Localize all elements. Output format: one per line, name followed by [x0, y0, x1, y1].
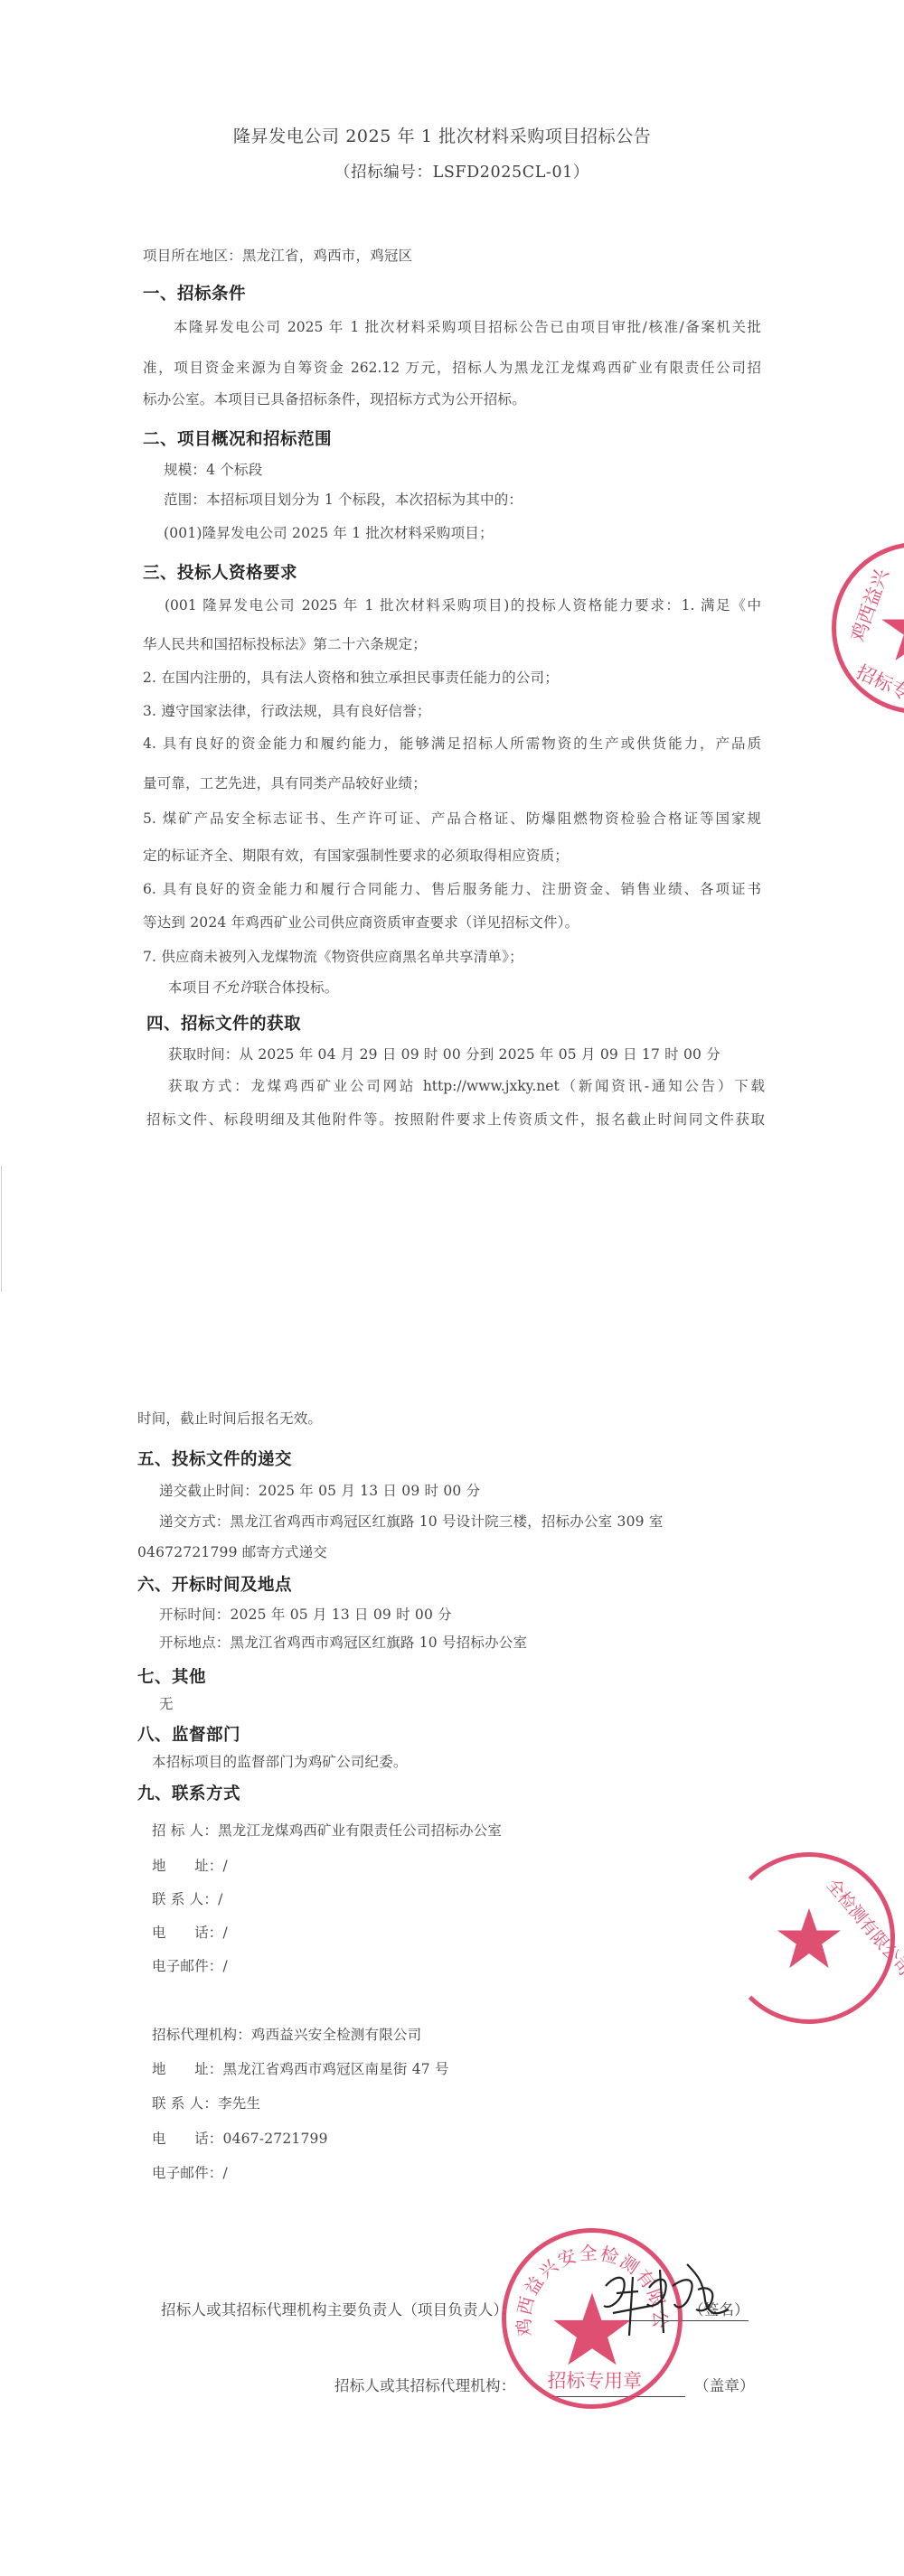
- agency-phone: 电 话：0467-2721799: [152, 2130, 328, 2148]
- tenderer-address: 地 址：/: [152, 1857, 228, 1875]
- company-stamp-edge-lower: 全检测有限公司: [723, 1852, 895, 2024]
- field-value: 0467-2721799: [223, 2131, 328, 2147]
- field-value: 李先生: [218, 2095, 260, 2112]
- consortium-line: 本项目不允许联合体投标。: [168, 979, 338, 997]
- svg-text:招标专: 招标专: [853, 660, 904, 704]
- org-seal-label: 招标人或其招标代理机构：: [334, 2377, 515, 2395]
- tenderer-name: 招 标 人：黑龙江龙煤鸡西矿业有限责任公司招标办公室: [152, 1822, 502, 1840]
- field-label: 联 系 人：: [152, 1891, 218, 1907]
- field-label: 电 话：: [152, 2131, 223, 2147]
- seal-suffix: （盖章）: [694, 2377, 755, 2395]
- scope-line: 范围：本招标项目划分为 1 个标段，本次招标为其中的：: [164, 491, 523, 509]
- tenderer-email: 电子邮件：/: [152, 1957, 228, 1975]
- field-value: /: [218, 1891, 222, 1907]
- qualification-line: 华人民共和国招标投标法》第二十六条规定；: [143, 635, 427, 653]
- field-value: 鸡西益兴安全检测有限公司: [251, 2027, 421, 2043]
- qualification-line: 等达到 2024 年鸡西矿业公司供应商资质审查要求（详见招标文件）。: [143, 913, 579, 932]
- section-3-heading: 三、投标人资格要求: [143, 560, 297, 584]
- qualification-line: 7. 供应商未被列入龙煤物流《物资供应商黑名单共享清单》；: [143, 948, 523, 966]
- svg-text:招标专用章: 招标专用章: [548, 2370, 642, 2392]
- stamp-icon: 鸡西益兴 招标专: [836, 547, 904, 709]
- field-value: /: [223, 1958, 228, 1974]
- svg-text:鸡西益兴: 鸡西益兴: [847, 567, 893, 645]
- svg-text:全检测有限公司: 全检测有限公司: [823, 1875, 904, 1980]
- field-value: 黑龙江龙煤鸡西矿业有限责任公司招标办公室: [218, 1822, 502, 1839]
- submission-method: 04672721799 邮寄方式递交: [137, 1543, 327, 1561]
- section-2-heading: 二、项目概况和招标范围: [143, 426, 332, 450]
- acquisition-method: 时间，截止时间后报名无效。: [137, 1410, 322, 1428]
- field-label: 地 址：: [152, 2061, 223, 2077]
- field-label: 联 系 人：: [152, 2095, 218, 2112]
- submission-deadline: 递交截止时间：2025 年 05 月 13 日 09 时 00 分: [159, 1482, 480, 1500]
- section-6-heading: 六、开标时间及地点: [137, 1572, 292, 1596]
- company-stamp-edge: 鸡西益兴 招标专: [832, 542, 904, 714]
- acquisition-method: 获取方式：龙煤鸡西矿业公司网站 http://www.jxky.net（新闻资讯…: [168, 1077, 765, 1095]
- section-7-heading: 七、其他: [137, 1664, 206, 1688]
- acquisition-method: 招标文件、标段明细及其他附件等。按照附件要求上传资质文件，报名截止时间同文件获取: [146, 1110, 765, 1129]
- qualification-line: 4. 具有良好的资金能力和履约能力，能够满足招标人所需物资的生产或供货能力，产品…: [143, 735, 761, 753]
- field-value: 黑龙江省鸡西市鸡冠区南星街 47 号: [223, 2061, 449, 2077]
- qualification-line: 定的标证齐全、期限有效，有国家强制性要求的必须取得相应资质；: [143, 847, 569, 865]
- field-label: 电子邮件：: [152, 1958, 223, 1974]
- qualification-line: 5. 煤矿产品安全标志证书、生产许可证、产品合格证、防爆阻燃物资检验合格证等国家…: [143, 810, 761, 828]
- stamp-icon: 全检测有限公司: [728, 1857, 890, 2019]
- document-page: 隆昇发电公司 2025 年 1 批次材料采购项目招标公告 （招标编号：LSFD2…: [0, 0, 904, 2576]
- field-label: 招 标 人：: [152, 1822, 218, 1839]
- field-value: /: [223, 1925, 228, 1941]
- qualification-line: (001 隆昇发电公司 2025 年 1 批次材料采购项目)的投标人资格能力要求…: [165, 596, 761, 614]
- tenderer-phone: 电 话：/: [152, 1924, 228, 1942]
- field-label: 地 址：: [152, 1858, 223, 1874]
- agency-contact: 联 系 人：李先生: [152, 2094, 260, 2112]
- tenderer-contact: 联 系 人：/: [152, 1890, 223, 1908]
- section-5-heading: 五、投标文件的递交: [137, 1447, 292, 1470]
- section-1-line: 标办公室。本项目已具备招标条件，现招标方式为公开招标。: [143, 390, 526, 408]
- consortium-prefix: 本项目: [168, 979, 211, 996]
- supervision-body: 本招标项目的监督部门为鸡矿公司纪委。: [152, 1753, 408, 1771]
- project-region: 项目所在地区：黑龙江省，鸡西市，鸡冠区: [143, 247, 412, 265]
- field-label: 招标代理机构：: [152, 2027, 251, 2043]
- section-1-heading: 一、招标条件: [143, 281, 246, 304]
- other-body: 无: [159, 1695, 174, 1713]
- qualification-line: 2. 在国内注册的，具有法人资格和独立承担民事责任能力的公司；: [143, 669, 559, 687]
- opening-time: 开标时间：2025 年 05 月 13 日 09 时 00 分: [159, 1606, 452, 1624]
- submission-method: 递交方式：黑龙江省鸡西市鸡冠区红旗路 10 号设计院三楼，招标办公室 309 室: [159, 1513, 664, 1531]
- section-8-heading: 八、监督部门: [137, 1722, 240, 1746]
- responsible-signature-label: 招标人或其招标代理机构主要负责人（项目负责人）：: [161, 2301, 516, 2319]
- scale-line: 规模：4 个标段: [164, 461, 262, 479]
- consortium-emphasis: 不允许: [211, 979, 253, 996]
- section-4-heading: 四、招标文件的获取: [146, 1011, 301, 1035]
- qualification-line: 6. 具有良好的资金能力和履行合同能力、售后服务能力、注册资金、销售业绩、各项证…: [143, 880, 761, 898]
- qualification-line: 量可靠，工艺先进，具有同类产品较好业绩；: [143, 774, 427, 792]
- section-1-line: 准，项目资金来源为自筹资金 262.12 万元，招标人为黑龙江龙煤鸡西矿业有限责…: [143, 359, 761, 377]
- scan-edge-line: [1, 1166, 2, 1292]
- qualification-line: 3. 遵守国家法律，行政法规，具有良好信誉；: [143, 702, 431, 720]
- section-1-line: 本隆昇发电公司 2025 年 1 批次材料采购项目招标公告已由项目审批/核准/备…: [174, 318, 761, 336]
- bid-number: （招标编号：LSFD2025CL-01）: [334, 164, 589, 182]
- acquisition-time: 获取时间：从 2025 年 04 月 29 日 09 时 00 分到 2025 …: [168, 1045, 720, 1063]
- handwritten-signature: [597, 2250, 741, 2349]
- page-title: 隆昇发电公司 2025 年 1 批次材料采购项目招标公告: [233, 127, 651, 145]
- agency-name: 招标代理机构：鸡西益兴安全检测有限公司: [152, 2026, 421, 2044]
- consortium-suffix: 联合体投标。: [253, 979, 338, 996]
- opening-place: 开标地点：黑龙江省鸡西市鸡冠区红旗路 10 号招标办公室: [159, 1634, 527, 1652]
- signature-icon: [597, 2250, 741, 2349]
- agency-email: 电子邮件：/: [152, 2164, 228, 2182]
- field-value: /: [223, 1858, 228, 1874]
- agency-address: 地 址：黑龙江省鸡西市鸡冠区南星街 47 号: [152, 2060, 449, 2078]
- field-value: /: [223, 2165, 228, 2181]
- lot-line: (001)隆昇发电公司 2025 年 1 批次材料采购项目；: [164, 524, 494, 542]
- section-9-heading: 九、联系方式: [137, 1781, 240, 1804]
- field-label: 电子邮件：: [152, 2165, 223, 2181]
- field-label: 电 话：: [152, 1925, 223, 1941]
